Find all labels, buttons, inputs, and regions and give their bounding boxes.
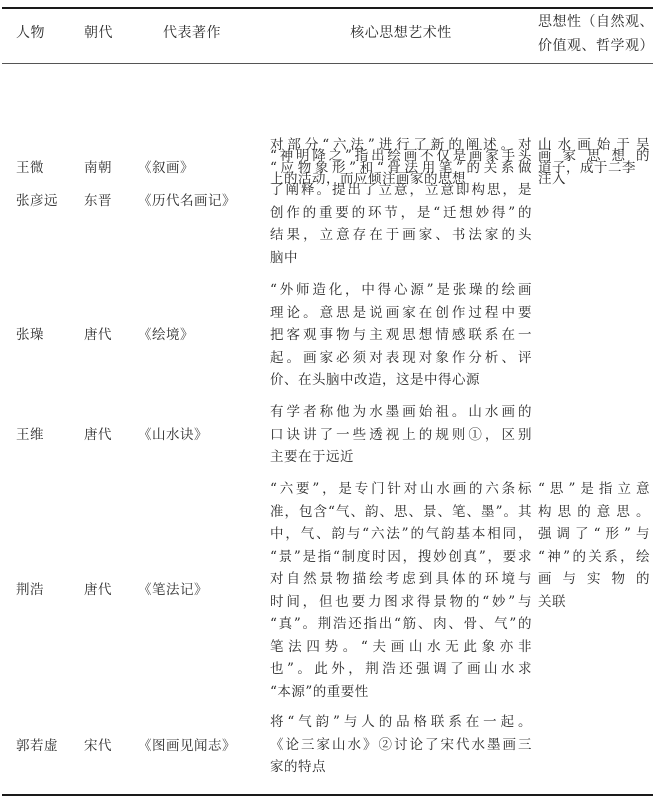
cell-person: 王微 — [16, 157, 44, 180]
core-line: 脑中 — [270, 247, 532, 270]
cell-person: 张璪 — [16, 324, 44, 347]
cell-core: 有学者称他为水墨画始祖。山水画的 口诀讲了一些透视上的规则①，区别 主要在于远近 — [270, 401, 532, 469]
core-line: 有学者称他为水墨画始祖。山水画的 — [270, 401, 532, 424]
core-line: 创作的重要的环节，是“迁想妙得”的 — [270, 202, 532, 225]
core-line: 准，包含“气、韵、思、景、笔、墨”。其 — [270, 501, 532, 524]
core-line: 起。画家必须对表现对象作分析、评 — [270, 347, 532, 370]
core-line: “应物象形”和“骨法用笔”的关系做 — [270, 157, 532, 180]
cell-work: 《叙画》 — [138, 157, 194, 180]
core-line: 了阐释。提出了立意，立意即构思，是 — [270, 179, 532, 202]
core-line: “外师造化，中得心源”是张璪的绘画 — [270, 279, 532, 302]
cell-philosophy: “思”是指立意 构思的意思。 强调了“形”与 “神”的关系，绘 画与实物的 关联 — [538, 478, 650, 613]
header-dynasty: 朝代 — [84, 22, 113, 45]
header-core: 核心思想艺术性 — [270, 22, 532, 45]
table-bottom-rule — [2, 794, 653, 796]
core-line: 家的特点 — [270, 756, 532, 779]
table-top-rule — [2, 7, 653, 9]
cell-dynasty: 唐代 — [84, 579, 112, 602]
core-line: 中，气、韵与“六法”的气韵基本相同， — [270, 523, 532, 546]
core-line: 结果，立意存在于画家、书法家的头 — [270, 224, 532, 247]
core-line: “本源”的重要性 — [270, 681, 532, 704]
cell-dynasty: 唐代 — [84, 324, 112, 347]
cell-core: “六要”，是专门针对山水画的六条标 准，包含“气、韵、思、景、笔、墨”。其 中，… — [270, 478, 532, 703]
cell-core: “外师造化，中得心源”是张璪的绘画 理论。意思是说画家在创作过程中要 把客观事物… — [270, 279, 532, 392]
cell-person: 郭若虚 — [16, 735, 58, 758]
core-line: 对自然景物描绘考虑到具体的环境与 — [270, 568, 532, 591]
header-rule — [2, 63, 653, 64]
cell-work: 《山水诀》 — [138, 424, 208, 447]
philosophy-line: 山水画始于吴 — [538, 134, 650, 157]
cell-core: 对部分“六法”进行了新的阐述。对 “应物象形”和“骨法用笔”的关系做 了阐释。提… — [270, 134, 532, 269]
header-person: 人物 — [16, 22, 45, 45]
philosophy-line: 画与实物的 — [538, 568, 650, 591]
header-philosophy-line: 价值观、哲学观） — [538, 34, 654, 58]
header-philosophy: 思想性（自然观、 价值观、哲学观） — [538, 10, 654, 58]
philosophy-line: 道子，成于二李 — [538, 157, 650, 180]
core-line: 将“气韵”与人的品格联系在一起。 — [270, 711, 532, 734]
core-line: 理论。意思是说画家在创作过程中要 — [270, 302, 532, 325]
cell-dynasty: 东晋 — [84, 190, 112, 213]
philosophy-line: 关联 — [538, 591, 650, 614]
cell-philosophy: 山水画始于吴 道子，成于二李 — [538, 134, 650, 179]
core-line: 笔法四势。“夫画山水无此象亦非 — [270, 636, 532, 659]
cell-person: 荆浩 — [16, 579, 44, 602]
cell-person: 张彦远 — [16, 190, 58, 213]
core-line: 口诀讲了一些透视上的规则①，区别 — [270, 424, 532, 447]
cell-work: 《历代名画记》 — [138, 190, 236, 213]
cell-dynasty: 南朝 — [84, 157, 112, 180]
philosophy-line: 构思的意思。 — [538, 501, 650, 524]
cell-person: 王维 — [16, 424, 44, 447]
core-line: 价、在头脑中改造，这是中得心源 — [270, 369, 532, 392]
core-line: 把客观事物与主观思想情感联系在一 — [270, 324, 532, 347]
header-work: 代表著作 — [163, 22, 221, 45]
cell-work: 《图画见闻志》 — [138, 735, 236, 758]
header-philosophy-line: 思想性（自然观、 — [538, 10, 654, 34]
philosophy-line: 强调了“形”与 — [538, 523, 650, 546]
cell-work: 《笔法记》 — [138, 579, 208, 602]
philosophy-line: “神”的关系，绘 — [538, 546, 650, 569]
core-line: 时间，但也要力图求得景物的“妙”与 — [270, 591, 532, 614]
philosophy-line: “思”是指立意 — [538, 478, 650, 501]
core-line: “景”是指“制度时因，搜妙创真”，要求 — [270, 546, 532, 569]
core-line: 对部分“六法”进行了新的阐述。对 — [270, 134, 532, 157]
cell-core: 将“气韵”与人的品格联系在一起。 《论三家山水》②讨论了宋代水墨画三 家的特点 — [270, 711, 532, 779]
core-line: 主要在于远近 — [270, 446, 532, 469]
core-line: 也”。此外，荆浩还强调了画山水求 — [270, 658, 532, 681]
core-line: “真”。荆浩还指出“筋、肉、骨、气”的 — [270, 613, 532, 636]
core-line: 《论三家山水》②讨论了宋代水墨画三 — [270, 734, 532, 757]
cell-dynasty: 宋代 — [84, 735, 112, 758]
cell-work: 《绘境》 — [138, 324, 194, 347]
core-line: “六要”，是专门针对山水画的六条标 — [270, 478, 532, 501]
cell-dynasty: 唐代 — [84, 424, 112, 447]
